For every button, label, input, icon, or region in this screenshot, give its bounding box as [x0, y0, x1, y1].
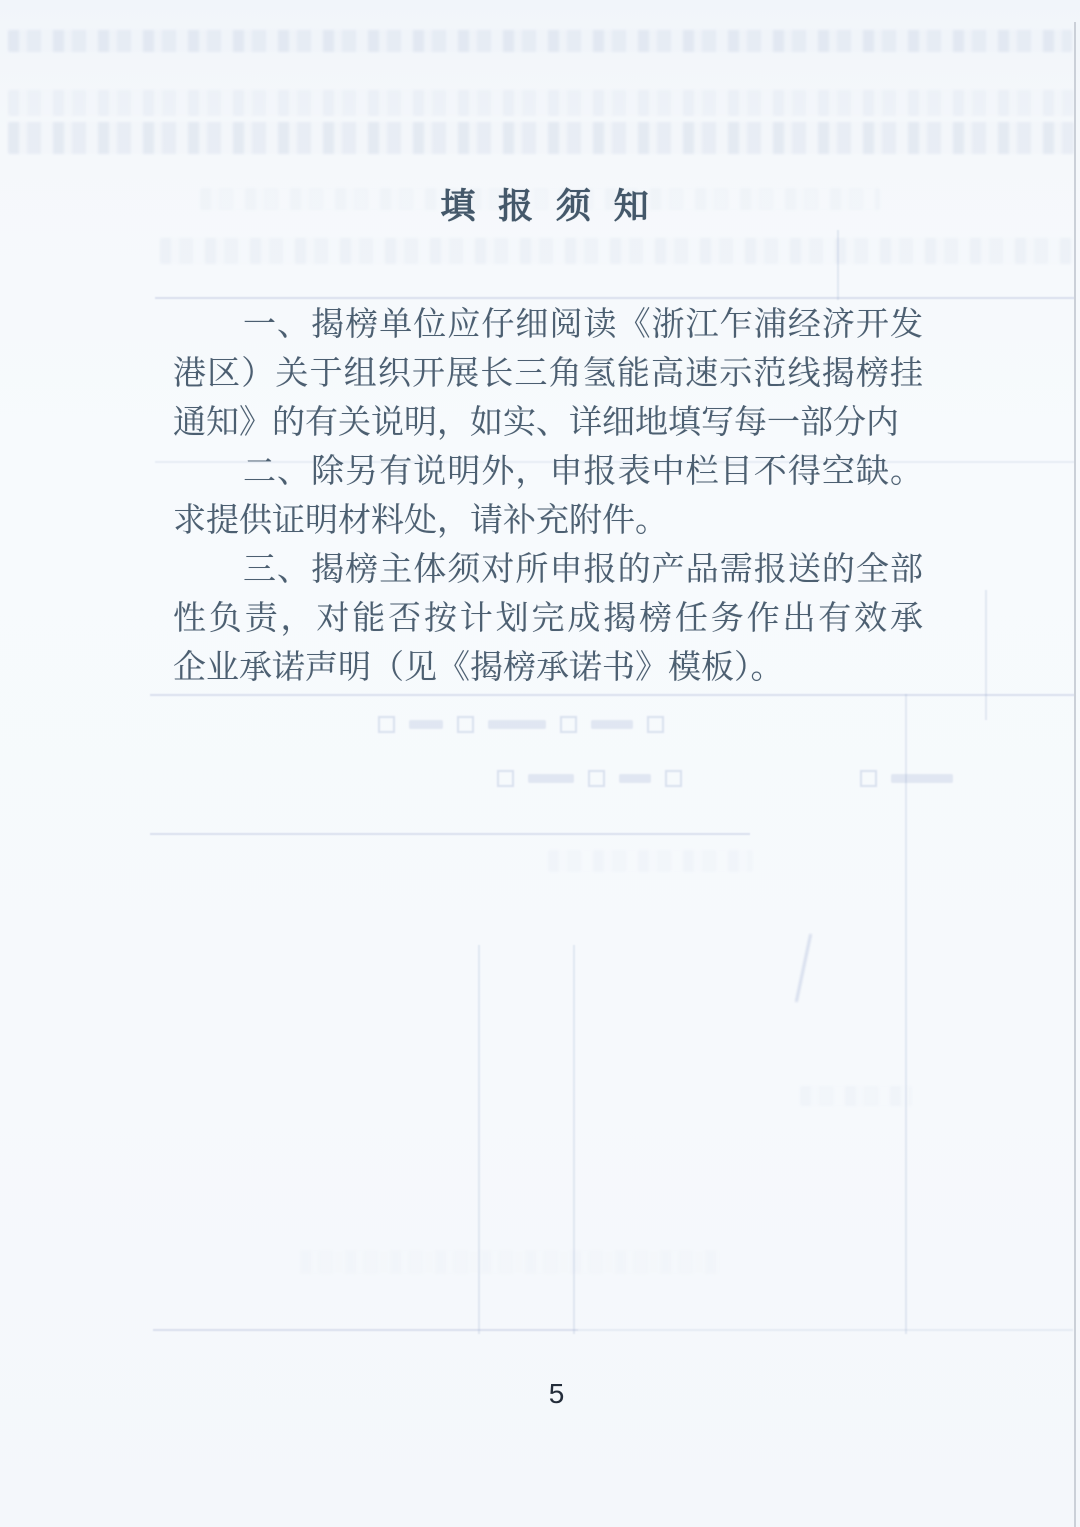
ghost-checkbox — [560, 716, 577, 733]
ghost-checkbox-row — [378, 716, 664, 733]
ghost-checkbox — [457, 716, 474, 733]
ghost-checkbox — [665, 770, 682, 787]
ghost-table-line — [905, 694, 907, 1334]
ghost-table-line — [837, 230, 839, 300]
body-line: 一、揭榜单位应仔细阅读《浙江乍浦经济开发区（嘉兴 — [173, 301, 923, 350]
ghost-table-line — [150, 833, 750, 835]
bleedthrough-band — [160, 238, 1072, 264]
ghost-table-line — [985, 590, 987, 720]
body-text: 一、揭榜单位应仔细阅读《浙江乍浦经济开发区（嘉兴 港区）关于组织开展长三角氢能高… — [173, 301, 923, 693]
ghost-text-smudge — [891, 774, 953, 783]
body-line: 性负责，对能否按计划完成揭榜任务作出有效承诺，并签署 — [173, 595, 923, 644]
ghost-checkbox — [860, 770, 877, 787]
ghost-text-smudge — [409, 720, 443, 729]
bleedthrough-band — [8, 30, 1072, 52]
ghost-pen-stroke — [795, 933, 812, 1002]
ghost-text-smudge — [528, 774, 574, 783]
ghost-checkbox-row — [860, 770, 953, 787]
ghost-checkbox — [647, 716, 664, 733]
body-line: 求提供证明材料处，请补充附件。 — [173, 497, 923, 546]
ghost-text-smudge — [591, 720, 633, 729]
bleedthrough-band — [8, 122, 1074, 154]
page-number: 5 — [0, 1378, 1080, 1410]
bleedthrough-band — [300, 1250, 720, 1274]
ghost-checkbox-row — [497, 770, 682, 787]
page-title: 填 报 须 知 — [173, 179, 923, 229]
body-line: 港区）关于组织开展长三角氢能高速示范线揭榜挂帅工作的 — [173, 350, 923, 399]
ghost-table-line — [155, 297, 1075, 299]
ghost-text-smudge — [488, 720, 546, 729]
ghost-table-line — [578, 1329, 1073, 1331]
ghost-checkbox — [497, 770, 514, 787]
body-line: 二、除另有说明外，申报表中栏目不得空缺。申报表要 — [173, 448, 923, 497]
ghost-table-line — [573, 945, 575, 1334]
ghost-text-smudge — [619, 774, 651, 783]
bleedthrough-band — [548, 850, 753, 872]
body-line: 通知》的有关说明，如实、详细地填写每一部分内容。 — [173, 399, 923, 448]
ghost-checkbox — [378, 716, 395, 733]
ghost-table-line — [153, 1329, 578, 1331]
ghost-checkbox — [588, 770, 605, 787]
ghost-table-line — [478, 945, 480, 1334]
body-line: 三、揭榜主体须对所申报的产品需报送的全部资料真实 — [173, 546, 923, 595]
body-line: 企业承诺声明（见《揭榜承诺书》模板）。 — [173, 644, 923, 693]
bleedthrough-band — [8, 90, 1074, 116]
bleedthrough-band — [800, 1086, 912, 1106]
ghost-table-line — [150, 694, 1075, 696]
document-page: 填 报 须 知 一、揭榜单位应仔细阅读《浙江乍浦经济开发区（嘉兴 港区）关于组织… — [0, 0, 1080, 1527]
scan-edge-line — [1074, 22, 1076, 1527]
